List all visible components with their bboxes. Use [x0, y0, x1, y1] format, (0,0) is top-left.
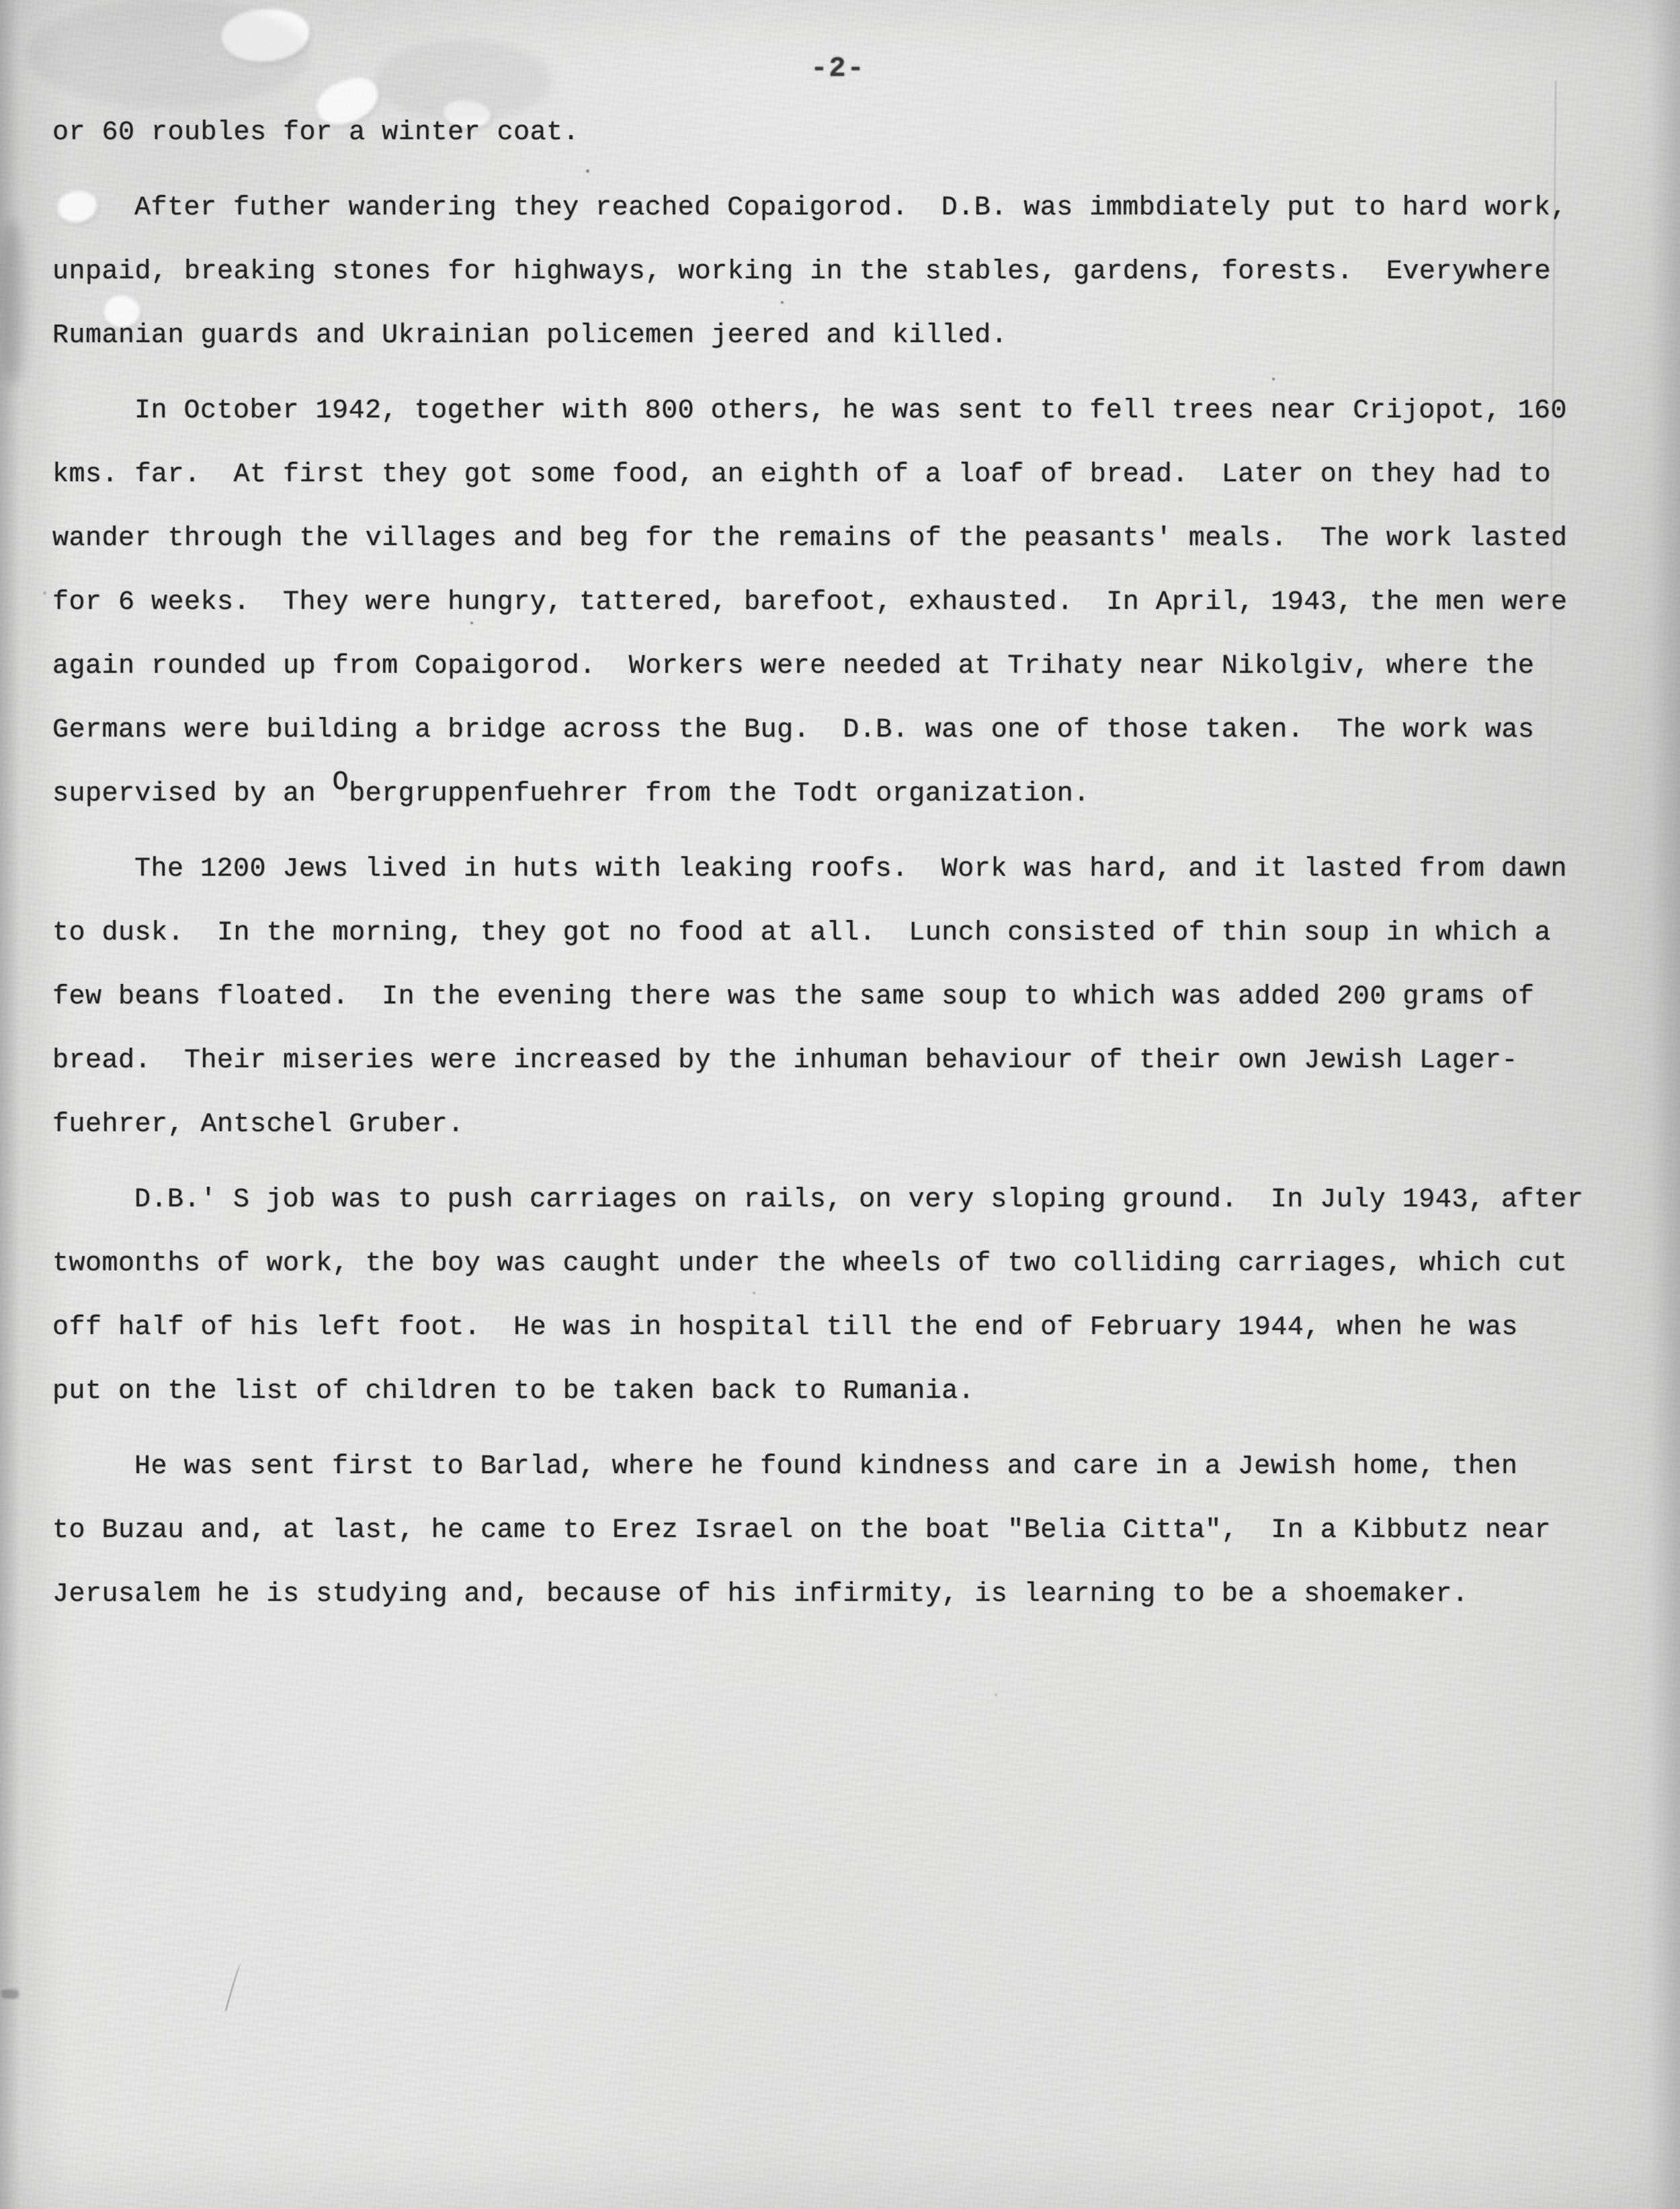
raised-letter: O [333, 767, 349, 798]
paragraph-3-text-continued: bergruppenfuehrer from the Todt organiza… [349, 779, 1090, 809]
paragraph-4: The 1200 Jews lived in huts with leaking… [52, 837, 1638, 1157]
dust-speck [995, 1694, 997, 1696]
scanned-document-page: -2- or 60 roubles for a winter coat. Aft… [0, 0, 1680, 2209]
paragraph-6: He was sent first to Barlad, where he fo… [52, 1435, 1638, 1626]
paragraph-1: or 60 roubles for a winter coat. [52, 101, 1638, 165]
typewritten-text-block: or 60 roubles for a winter coat. After f… [52, 101, 1638, 1638]
paper-edge-mark [1, 1989, 19, 1999]
paper-smudge [0, 222, 26, 383]
paper-right-edge-shadow [1649, 0, 1680, 2209]
page-number: -2- [0, 52, 1676, 85]
ink-speck [43, 591, 46, 595]
paragraph-5: D.B.' S job was to push carriages on rai… [52, 1168, 1638, 1423]
paper-scratch [225, 1963, 242, 2012]
paragraph-3-text: In October 1942, together with 800 other… [52, 396, 1567, 809]
paper-left-edge-shadow [0, 0, 20, 2209]
paragraph-3: In October 1942, together with 800 other… [52, 379, 1638, 826]
paragraph-2: After futher wandering they reached Copa… [52, 176, 1638, 368]
